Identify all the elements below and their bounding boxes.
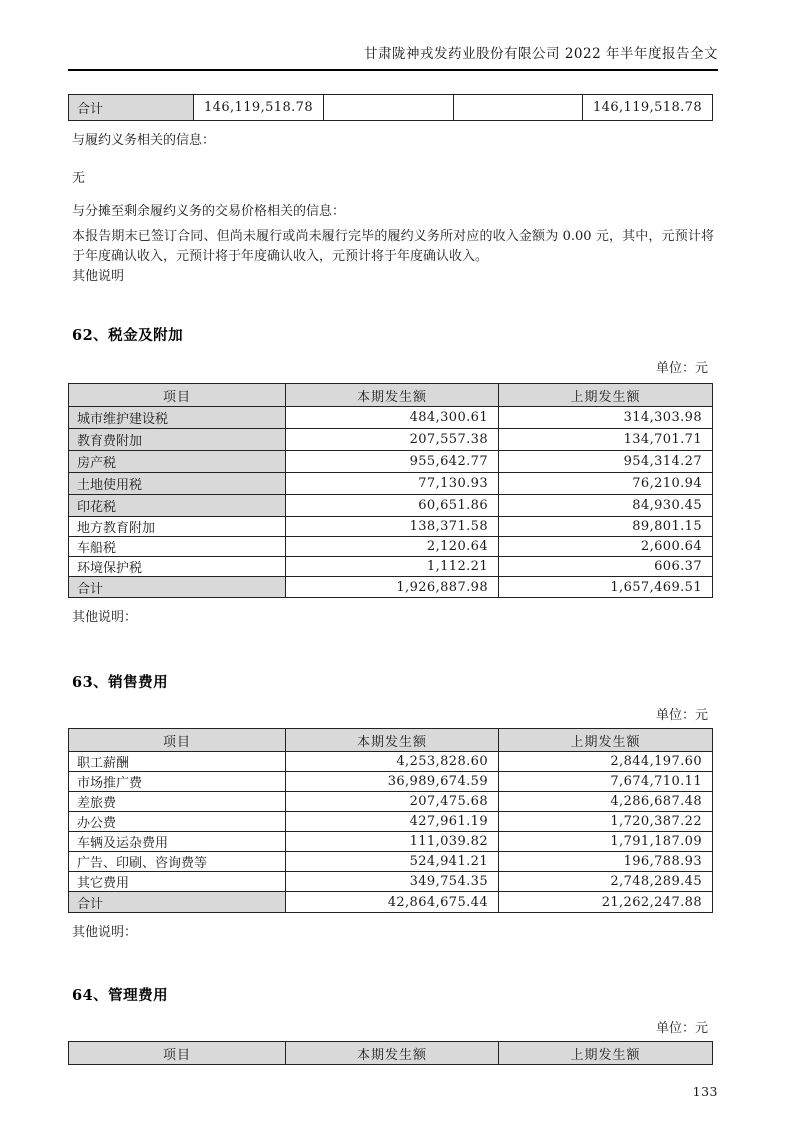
table-header-row: 项目本期发生额上期发生额 [69,1042,713,1065]
current-period-cell: 77,130.93 [286,473,499,495]
item-cell: 房产税 [69,451,286,473]
prior-period-cell: 2,844,197.60 [499,752,713,772]
table-row: 广告、印刷、咨询费等524,941.21196,788.93 [69,852,713,872]
column-header: 项目 [69,729,286,752]
total-row: 合计42,864,675.4421,262,247.88 [69,892,713,913]
item-cell: 其它费用 [69,872,286,892]
amount-cell: 146,119,518.78 [583,95,713,121]
prior-period-cell: 2,748,289.45 [499,872,713,892]
header-rule [68,69,718,71]
item-cell: 环境保护税 [69,557,286,577]
other-note-label: 其他说明 [72,269,718,285]
item-cell: 土地使用税 [69,473,286,495]
empty-cell [454,95,583,121]
amount-cell: 146,119,518.78 [194,95,324,121]
prior-period-cell: 76,210.94 [499,473,713,495]
section-heading-64: 64、管理费用 [72,987,718,1005]
current-period-cell: 207,557.38 [286,429,499,451]
column-header: 上期发生额 [499,1042,713,1065]
item-cell: 印花税 [69,495,286,517]
none-text: 无 [72,171,718,187]
prior-period-cell: 134,701.71 [499,429,713,451]
empty-cell [324,95,454,121]
item-cell: 教育费附加 [69,429,286,451]
admin-expenses-table: 项目本期发生额上期发生额 [68,1041,713,1065]
taxes-surcharges-table: 项目本期发生额上期发生额城市维护建设税484,300.61314,303.98教… [68,383,713,598]
item-cell: 职工薪酬 [69,752,286,772]
other-note-label: 其他说明： [72,610,718,626]
prior-period-cell: 84,930.45 [499,495,713,517]
item-cell: 地方教育附加 [69,517,286,537]
column-header: 上期发生额 [499,729,713,752]
column-header: 本期发生额 [286,1042,499,1065]
column-header: 上期发生额 [499,384,713,407]
prior-period-cell: 89,801.15 [499,517,713,537]
unit-label: 单位：元 [68,1021,708,1037]
unit-label: 单位：元 [68,361,708,377]
table-row: 印花税60,651.8684,930.45 [69,495,713,517]
table-row: 车辆及运杂费用111,039.821,791,187.09 [69,832,713,852]
totals-table-row: 合计 146,119,518.78 146,119,518.78 [69,95,713,121]
page-number: 133 [68,1084,718,1100]
table-row: 差旅费207,475.684,286,687.48 [69,792,713,812]
section-heading-63: 63、销售费用 [72,674,718,692]
prior-period-cell: 1,720,387.22 [499,812,713,832]
prior-period-cell: 2,600.64 [499,537,713,557]
table-row: 教育费附加207,557.38134,701.71 [69,429,713,451]
current-period-cell: 484,300.61 [286,407,499,429]
table-header-row: 项目本期发生额上期发生额 [69,729,713,752]
item-cell: 合计 [69,95,194,121]
item-cell: 车辆及运杂费用 [69,832,286,852]
remaining-obligation-paragraph: 本报告期末已签订合同、但尚未履行或尚未履行完毕的履约义务所对应的收入金额为 0.… [72,227,714,266]
item-cell: 城市维护建设税 [69,407,286,429]
current-period-cell: 427,961.19 [286,812,499,832]
item-cell: 车船税 [69,537,286,557]
current-period-cell: 1,112.21 [286,557,499,577]
unit-label: 单位：元 [68,708,708,724]
current-period-cell: 207,475.68 [286,792,499,812]
table-row: 地方教育附加138,371.5889,801.15 [69,517,713,537]
current-period-cell: 955,642.77 [286,451,499,473]
prior-period-cell: 954,314.27 [499,451,713,473]
table-row: 办公费427,961.191,720,387.22 [69,812,713,832]
report-header-title: 甘肃陇神戎发药业股份有限公司 2022 年半年度报告全文 [68,0,718,62]
item-cell: 市场推广费 [69,772,286,792]
item-cell: 合计 [69,892,286,913]
current-period-cell: 111,039.82 [286,832,499,852]
table-row: 土地使用税77,130.9376,210.94 [69,473,713,495]
prior-period-cell: 7,674,710.11 [499,772,713,792]
table-row: 职工薪酬4,253,828.602,844,197.60 [69,752,713,772]
prior-period-cell: 1,791,187.09 [499,832,713,852]
table-row: 其它费用349,754.352,748,289.45 [69,872,713,892]
prior-period-cell: 314,303.98 [499,407,713,429]
total-row: 合计1,926,887.981,657,469.51 [69,577,713,598]
prior-period-cell: 606.37 [499,557,713,577]
current-period-cell: 4,253,828.60 [286,752,499,772]
table-row: 车船税2,120.642,600.64 [69,537,713,557]
table-row: 环境保护税1,112.21606.37 [69,557,713,577]
column-header: 本期发生额 [286,384,499,407]
item-cell: 广告、印刷、咨询费等 [69,852,286,872]
current-period-cell: 1,926,887.98 [286,577,499,598]
other-note-label: 其他说明： [72,925,718,941]
allocation-info-label: 与分摊至剩余履约义务的交易价格相关的信息： [72,204,718,220]
table-row: 房产税955,642.77954,314.27 [69,451,713,473]
item-cell: 办公费 [69,812,286,832]
page-content: 甘肃陇神戎发药业股份有限公司 2022 年半年度报告全文 合计 146,119,… [68,0,718,1100]
current-period-cell: 42,864,675.44 [286,892,499,913]
current-period-cell: 524,941.21 [286,852,499,872]
column-header: 项目 [69,384,286,407]
obligation-info-label: 与履约义务相关的信息： [72,133,718,149]
item-cell: 差旅费 [69,792,286,812]
current-period-cell: 138,371.58 [286,517,499,537]
prior-period-cell: 1,657,469.51 [499,577,713,598]
item-cell: 合计 [69,577,286,598]
prior-period-cell: 4,286,687.48 [499,792,713,812]
current-period-cell: 2,120.64 [286,537,499,557]
prior-period-cell: 21,262,247.88 [499,892,713,913]
column-header: 本期发生额 [286,729,499,752]
table-header-row: 项目本期发生额上期发生额 [69,384,713,407]
section-heading-62: 62、税金及附加 [72,327,718,345]
current-period-cell: 60,651.86 [286,495,499,517]
table-row: 城市维护建设税484,300.61314,303.98 [69,407,713,429]
table-row: 市场推广费36,989,674.597,674,710.11 [69,772,713,792]
totals-table: 合计 146,119,518.78 146,119,518.78 [68,94,713,121]
current-period-cell: 349,754.35 [286,872,499,892]
column-header: 项目 [69,1042,286,1065]
report-page: 甘肃陇神戎发药业股份有限公司 2022 年半年度报告全文 合计 146,119,… [0,0,793,1122]
current-period-cell: 36,989,674.59 [286,772,499,792]
selling-expenses-table: 项目本期发生额上期发生额职工薪酬4,253,828.602,844,197.60… [68,728,713,913]
prior-period-cell: 196,788.93 [499,852,713,872]
